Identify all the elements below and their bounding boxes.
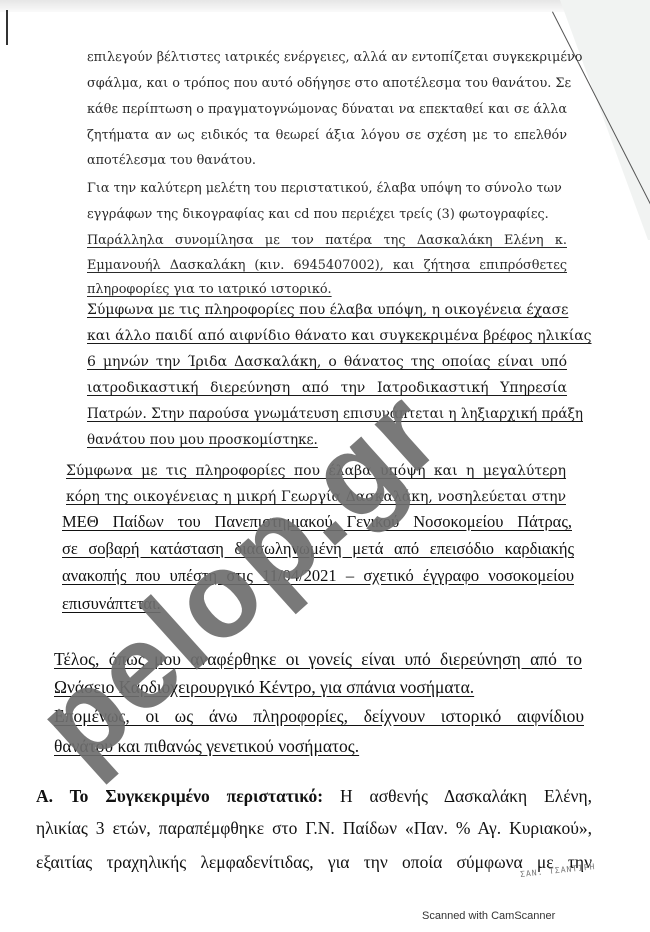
text-line: και άλλο παιδί από αιφνίδιο θάνατο και σ… <box>87 327 567 345</box>
text-line: ζητήματα αν ως ειδικός τα θεωρεί άξια λό… <box>87 127 567 145</box>
text-line: εξαιτίας τραχηλικής λεμφαδενίτιδας, για … <box>36 853 592 871</box>
text-line: κάθε περίπτωση ο πραγματογνώμονας δύνατα… <box>87 101 567 119</box>
text-line: πληροφορίες για το ιατρικό ιστορικό. <box>87 281 332 299</box>
text-line: Για την καλύτερη μελέτη του περιστατικού… <box>87 180 567 198</box>
section-a-heading: Α. Το Συγκεκριμένο περιστατικό: <box>36 786 323 806</box>
text-line: 6 μηνών την Ίριδα Δασκαλάκη, ο θάνατος τ… <box>87 353 567 371</box>
text-line: σφάλμα, και ο τρόπος που αυτό οδήγησε στ… <box>87 75 567 93</box>
text-line: Εμμανουήλ Δασκαλάκη (κιν. 6945407002), κ… <box>87 257 567 275</box>
text-line: επιλεγούν βέλτιστες ιατρικές ενέργειες, … <box>87 49 567 67</box>
text-line: ηλικίας 3 ετών, παραπέμφθηκε στο Γ.Ν. Πα… <box>36 819 592 837</box>
text-line: Σύμφωνα με τις πληροφορίες που έλαβα υπό… <box>87 301 567 319</box>
camscanner-footer: Scanned with CamScanner <box>422 910 555 922</box>
section-a-first-line: Α. Το Συγκεκριμένο περιστατικό: Η ασθενή… <box>36 787 592 805</box>
text-line: Παράλληλα συνομίλησα με τον πατέρα της Δ… <box>87 232 567 250</box>
text-line: αποτέλεσμα του θανάτου. <box>87 152 256 170</box>
text-line: εγγράφων της δικογραφίας και cd που περι… <box>87 206 549 224</box>
section-a-first-line-rest: Η ασθενής Δασκαλάκη Ελένη, <box>340 786 592 806</box>
text-line: ιατροδικαστική διερεύνηση από την Ιατροδ… <box>87 379 567 397</box>
